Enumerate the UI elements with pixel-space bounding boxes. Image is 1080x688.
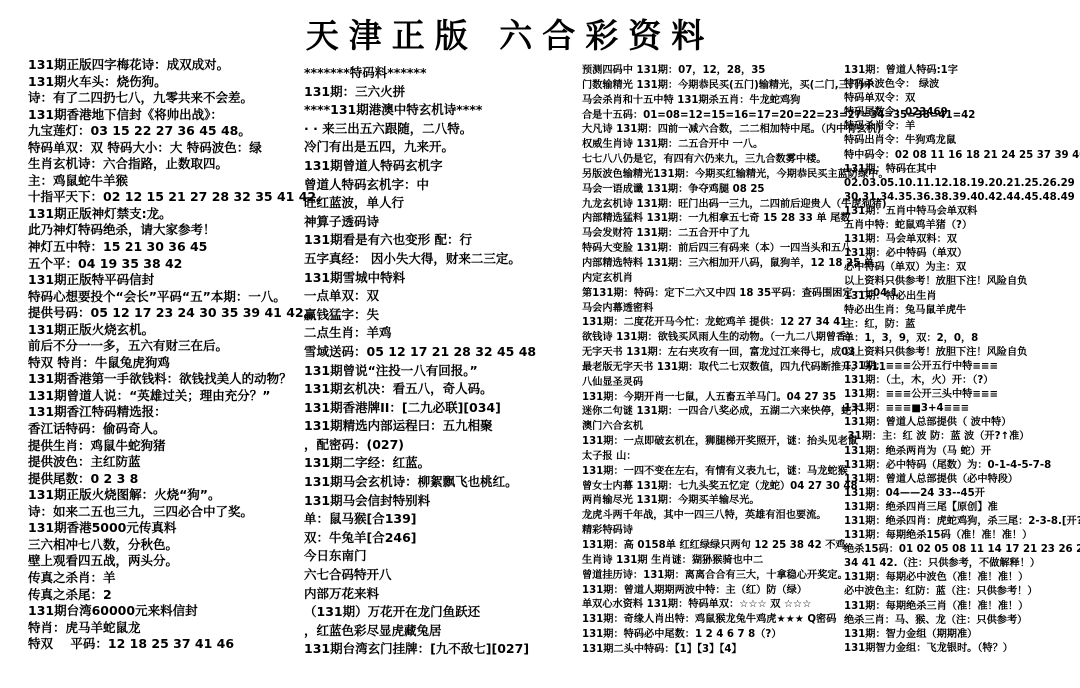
text-line: （131期）万花开在龙门鱼跃还 (304, 603, 576, 622)
text-line: 绝杀15码：01 02 05 08 11 14 17 21 23 26 28 3… (844, 543, 1076, 557)
text-line: 门数输精光 131期：今期恭民买(五门)输精光，买(二门,三门)中 (582, 79, 840, 94)
text-line: 欲钱诗 131期：欲钱买风雨人生的动物。（一九二八期曾香） (582, 331, 840, 346)
text-line: 绝杀三肖：马、猴、龙（注：只供参考） (844, 614, 1076, 628)
text-line: 131期正版四字梅花诗：成双成对。 (28, 57, 300, 74)
text-line: 特双 平码：12 18 25 37 41 46 (28, 636, 300, 653)
text-line: 131期火车头：烧伤狗。 (28, 74, 300, 91)
text-line: 131期曾说“注投一八有回报。” (304, 362, 576, 381)
text-line: 特双 特肖：牛鼠兔虎狗鸡 (28, 355, 300, 372)
text-line: 131期马会信封特别料 (304, 492, 576, 511)
text-line: 131期：必中特码（尾数）为：0-1-4-5-7-8 (844, 459, 1076, 473)
text-line: 内定玄机肖 (582, 272, 840, 287)
text-line: 特码心想要投个“会长”平码“五”本期：一八。 (28, 289, 300, 306)
text-line: 特码杀肖令：羊 (844, 120, 1076, 134)
text-line: 最老版无字天书 131期：取代二七双数值，四九代码断推开。马11 (582, 361, 840, 376)
text-line: 131期：04——24 33--45开 (844, 487, 1076, 501)
text-line: 六七合码特开八 (304, 566, 576, 585)
text-line: 131期香港5000元传真料 (28, 520, 300, 537)
text-line: 131期：特码必中尾数：1 2 4 6 7 8（?） (582, 628, 840, 643)
text-line: 曾道挂历诗：131期：离离合合有三大，十拿稳心开奖定。 (582, 569, 840, 584)
text-line: 内部万花来料 (304, 585, 576, 604)
text-line: 合是十五码：01=08=12=15=16=17=20=22=23=27=34=3… (582, 109, 840, 124)
text-line: 131期：智力金组（期期准） (844, 628, 1076, 642)
text-line: 131期：曾道人期期两波中特：主（红）防（绿） (582, 584, 840, 599)
text-line: 此乃神灯特码绝杀，请大家参考！ (28, 222, 300, 239)
text-line: 传真之杀尾：2 (28, 587, 300, 604)
text-line: 曾道人特码玄机字：中 (304, 176, 576, 195)
text-line: 131期：必中特码（单双） (844, 247, 1076, 261)
text-line: 生肖诗 131期 生肖谜：猢狲猴骑也中二 (582, 554, 840, 569)
column-mid-right: 预测四码中 131期：07，12，28，35门数输精光 131期：今期恭民买(五… (582, 64, 840, 658)
text-line: 单双心水资料 131期：特码单双：☆☆☆ 双 ☆☆☆ (582, 598, 840, 613)
text-line: 特中码令：02 08 11 16 18 21 24 25 37 39 40 44 (844, 149, 1076, 163)
text-line: 香江话特码：偷码奇人。 (28, 421, 300, 438)
text-line: 131期：马会单双料：双 (844, 233, 1076, 247)
text-line: 提供号码：05 12 17 23 24 30 35 39 41 42。 (28, 305, 300, 322)
text-line: 131期精选内部运程曰：五九相聚 (304, 417, 576, 436)
text-line: 131期正版火烧玄机。 (28, 322, 300, 339)
text-line: 无字天书 131期：左右夹攻有一回，富龙过江来得七，成03 (582, 346, 840, 361)
text-line: 澳门六合玄机 (582, 420, 840, 435)
text-line: 131期：曾道人总部提供（必中特段） (844, 473, 1076, 487)
text-line: 迷你二句谜 131期：一四合八奖必成，五湖二六来快停，蛇不 (582, 405, 840, 420)
text-line: 131期：一四不变在左右，有情有义表九七，谜：马龙蛇猴 (582, 465, 840, 480)
text-line: 五字真经： 因小失大得，财来二三定。 (304, 250, 576, 269)
text-line: 特肖：虎马羊蛇鼠龙 (28, 620, 300, 637)
text-line: 今日东南门 (304, 547, 576, 566)
text-line: 生肖玄机诗：六合指路，止数取四。 (28, 156, 300, 173)
text-line: 九宝莲灯：03 15 22 27 36 45 48。 (28, 123, 300, 140)
text-line: 冷门有出是五四，九来开。 (304, 138, 576, 157)
text-line: 131期：每期必中波色（准！准！准！） (844, 571, 1076, 585)
text-line: 另版波色输精光131期：今期买红输精光，今期恭民买主蓝防绿中。 (582, 168, 840, 183)
text-line: 一点单双：双 (304, 287, 576, 306)
text-line: 十指平天下：02 12 15 21 27 28 32 35 41 42。 (28, 189, 300, 206)
text-line: 特码尾数令：023469 (844, 106, 1076, 120)
text-line: 九龙玄机诗 131期：旺门出码一三九，二四前后迎贵人（牛虎狗猪) (582, 198, 840, 213)
page-title: 天津正版 六合彩资料 (0, 10, 1020, 57)
text-line: 雪域送码：05 12 17 21 28 32 45 48 (304, 343, 576, 362)
text-line: 曾女士内幕 131期：七九头奖五忆定（龙蛇）04 27 30 48 (582, 480, 840, 495)
text-line: 特码单双：双 特码大小：大 特码波色：绿 (28, 140, 300, 157)
text-line: 131期：特码在其中 (844, 163, 1076, 177)
text-line: 131期台湾玄门挂牌：[九不敌七][027] (304, 640, 576, 659)
text-line: 龙虎斗两千年战，其中一四三八特，英雄有泪也要流。 (582, 509, 840, 524)
text-line: 131期：≡≡≡■3+4≡≡≡ (844, 402, 1076, 416)
text-line: 131期：每期绝杀15码（准！准！准！） (844, 529, 1076, 543)
text-line: *******特码料****** (304, 64, 576, 83)
text-line: 131期香港牌II：[二九必联][034] (304, 399, 576, 418)
text-line: 五肖中特：蛇鼠鸡羊猪（?） (844, 219, 1076, 233)
text-line: 131期曾道人特码玄机字 (304, 157, 576, 176)
document-page: 天津正版 六合彩资料 131期正版四字梅花诗：成双成对。131期火车头：烧伤狗。… (0, 0, 1080, 688)
text-line: 内部精选特料 131期：三六相加开八码，鼠狗羊，12 18 25 单 (582, 257, 840, 272)
text-line: 必中特码（单双）为主：双 (844, 261, 1076, 275)
text-line: 前后不分一一多，五六有财三在后。 (28, 338, 300, 355)
text-line: 131期：≡≡≡公开五行中特≡≡≡ (844, 360, 1076, 374)
text-line: 神算子透码诗 (304, 213, 576, 232)
text-line: 传真之杀肖：羊 (28, 570, 300, 587)
text-line: 单：鼠马猴[合139] (304, 510, 576, 529)
text-line: 30.31.34.35.36.38.39.40.42.44.45.48.49 (844, 191, 1076, 205)
text-line: 131期：曾道人总部提供（ 波中特） (844, 416, 1076, 430)
text-line: 以上资料只供参考！放胆下注！风险自负 (844, 346, 1076, 360)
text-line: 两肖输尽光 131期：今期买羊输尽光。 (582, 494, 840, 509)
text-line: 赢钱猛字：失 (304, 306, 576, 325)
text-line: 131期正版特平码信封 (28, 272, 300, 289)
text-line: 提供尾数：0 2 3 8 (28, 471, 300, 488)
text-line: 131期：绝杀四肖：虎蛇鸡狗，杀三尾：2-3-8.[开?] (844, 515, 1076, 529)
text-line: 三六相冲七八数，分秋色。 (28, 537, 300, 554)
text-line: 预测四码中 131期：07，12，28，35 (582, 64, 840, 79)
text-line: 131期：二度花开马今忙：龙蛇鸡羊 提供：12 27 34 41 (582, 316, 840, 331)
text-line: 精彩特码诗 (582, 524, 840, 539)
text-line: 第131期：特码：定下二六又中四 18 35平码：查码围困定一七04 1 (582, 287, 840, 302)
text-line: 131期：绝杀两肖为（马 蛇）开 (844, 445, 1076, 459)
text-line: 太子报 山： (582, 450, 840, 465)
text-line: 34 41 42.（注：只供参考，不做解释！） (844, 557, 1076, 571)
text-line: 131期：五肖中特马会单双料 (844, 205, 1076, 219)
text-line: 131期雪城中特料 (304, 269, 576, 288)
text-line: 131期马会玄机诗：柳絮飘飞也桃红。 (304, 473, 576, 492)
text-line: 131期：三六火拼 (304, 83, 576, 102)
text-line: 诗：如来二五也三九，三四必合中了奖。 (28, 504, 300, 521)
text-line: ****131期港澳中特玄机诗**** (304, 101, 576, 120)
text-line: 特码杀波色令： 绿波 (844, 78, 1076, 92)
text-line: 壁上观看四五战，两头分。 (28, 553, 300, 570)
text-line: 131期：曾道人特码:1字 (844, 64, 1076, 78)
text-line: 马会杀肖和十五中特 131期杀五肖：牛龙蛇鸡狗 (582, 94, 840, 109)
text-line: 提供生肖：鸡鼠牛蛇狗猪 (28, 438, 300, 455)
text-line: 131期香港地下信封《将帅出战》： (28, 107, 300, 124)
text-line: 五个平：04 19 35 38 42 (28, 256, 300, 273)
column-mid-left: *******特码料******131期：三六火拼****131期港澳中特玄机诗… (304, 64, 576, 659)
text-line: 131期曾道人说：“英雄过关；理由充分？” (28, 388, 300, 405)
text-line: 必中波色主：红防：蓝（注：只供参考！） (844, 585, 1076, 599)
text-line: 02.03.05.10.11.12.18.19.20.21.25.26.29 (844, 177, 1076, 191)
text-line: 131期香港第一手欲钱料：欲钱找美人的动物？ (28, 371, 300, 388)
text-line: 八仙显圣灵码 (582, 376, 840, 391)
text-line: 131期智力金组：飞龙银时。（特？） (844, 642, 1076, 656)
text-line: ，配密码：(027) (304, 436, 576, 455)
text-line: 131期正版火烧图解：火烧“狗”。 (28, 487, 300, 504)
text-line: 131期二头中特码：【1】【3】【4】 (582, 643, 840, 658)
text-line: 诗：有了二四扔七八，九零共来不会差。 (28, 90, 300, 107)
text-line: 131期台湾60000元来料信封 (28, 603, 300, 620)
column-left: 131期正版四字梅花诗：成双成对。131期火车头：烧伤狗。诗：有了二四扔七八，九… (28, 57, 300, 653)
text-line: 马会内幕透密料 (582, 302, 840, 317)
text-line: 特码大变脸 131期：前后四三有码来（本）一四当头和五八 (582, 242, 840, 257)
text-line: 131期：≡≡≡公开三头中特≡≡≡ (844, 388, 1076, 402)
text-line: 主：鸡鼠蛇牛羊猴 (28, 173, 300, 190)
text-line: 131期：特必出生肖 (844, 290, 1076, 304)
text-line: 131期：高 0158单 红红绿绿只两句 12 25 38 42 不鸡 (582, 539, 840, 554)
text-line: 二点生肖：羊鸡 (304, 324, 576, 343)
text-line: 131期正版神灯禁支:龙。 (28, 206, 300, 223)
text-line: 七七八八仍是它，有四有六仍来九，三九合数雾中楼。 (582, 153, 840, 168)
text-line: 特码出肖令：牛狗鸡龙鼠 (844, 134, 1076, 148)
text-line: 马会发财符 131期：二五合开中了九 (582, 227, 840, 242)
text-line: 旺红蓝波，单人行 (304, 194, 576, 213)
text-line: 单：1，3，9，双：2，0，8 (844, 332, 1076, 346)
text-line: 以上资料只供参考！放胆下注！风险自负 (844, 275, 1076, 289)
text-line: 131期：（土，木，火）开：（?） (844, 374, 1076, 388)
text-line: 双：牛兔羊[合246] (304, 529, 576, 548)
text-line: · · 来三出五六跟随，二八特。 (304, 120, 576, 139)
text-line: 马会一语成谶 131期：争夺鸡腿 08 25 (582, 183, 840, 198)
text-line: 权威生肖诗 131期：二五合开中 一八。 (582, 138, 840, 153)
text-line: 131期：今期开肖一七鼠，人五畜五羊马门。04 27 35 (582, 391, 840, 406)
text-line: 神灯五中特：15 21 30 36 45 (28, 239, 300, 256)
text-line: 131期：每期绝杀三肖（准！准！准！） (844, 600, 1076, 614)
text-line: 131期：一点即破玄机在，狮腿梯开奖照开，谜：抬头见老鼠 (582, 435, 840, 450)
text-line: 131期：绝杀四肖三尾【原创】准 (844, 501, 1076, 515)
text-line: 特码单双令：双 (844, 92, 1076, 106)
text-line: 内部精选猛料 131期：一九相拿五七奇 15 28 33 单 尾数 (582, 212, 840, 227)
text-line: 31期：主：红 波 防：蓝 波（开?↑准） (844, 430, 1076, 444)
text-line: 131期香江特码精选报： (28, 404, 300, 421)
text-line: 131期看是有六也变形 配：行 (304, 231, 576, 250)
text-line: 主：红，防：蓝 (844, 318, 1076, 332)
text-line: 特必出生肖：兔马鼠羊虎牛 (844, 304, 1076, 318)
text-line: 大凡诗 131期：四前一减六合数，二二相加特中尾。（内中有玄机) (582, 123, 840, 138)
text-line: 131期二字经：红蓝。 (304, 454, 576, 473)
text-line: 提供波色：主红防蓝 (28, 454, 300, 471)
text-line: 131期玄机决：看五八，奇人码。 (304, 380, 576, 399)
column-right: 131期：曾道人特码:1字特码杀波色令： 绿波特码单双令：双特码尾数令：0234… (844, 64, 1076, 656)
text-line: ，红蓝色彩尽显虎藏兔居 (304, 622, 576, 641)
text-line: 131期：奇缘人肖出特：鸡鼠猴龙兔牛鸡虎★★★ Q密码 (582, 613, 840, 628)
